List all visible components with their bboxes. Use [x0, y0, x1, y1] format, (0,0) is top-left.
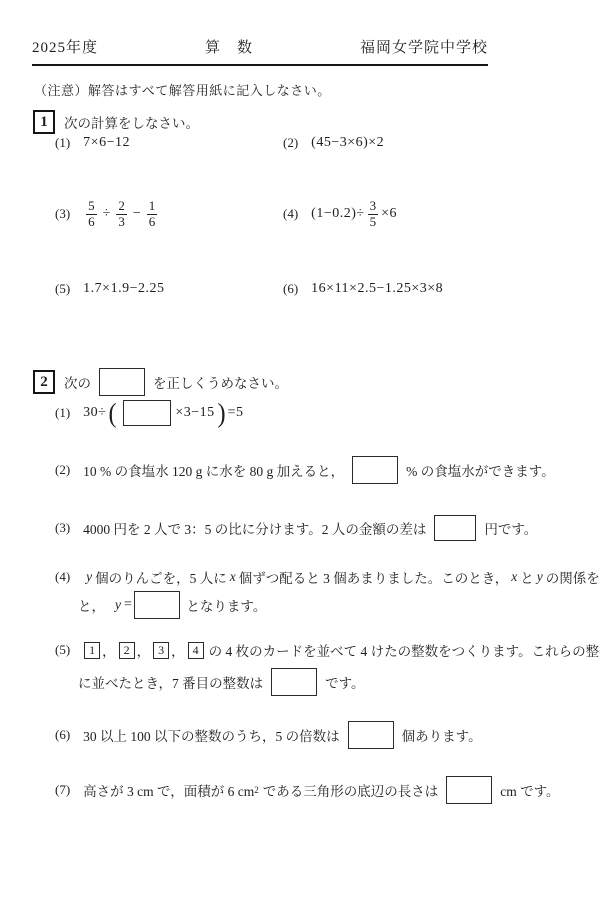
p2-item2: (2) 10 % の食塩水 120 g に水を 80 g 加えると， % の食塩…	[55, 455, 555, 485]
p1-item5-label: (5)	[55, 281, 70, 297]
card-separator: ，	[102, 640, 116, 660]
p1-item3: (3) 5 6 ÷ 2 3 − 1 6	[55, 196, 160, 232]
p1-item4-expression-pre: (1−0.2)÷	[311, 206, 364, 222]
p2-item7-label: (7)	[55, 782, 70, 798]
p2-item1: (1) 30÷ ( ×3−15 ) =5	[55, 396, 244, 430]
p2-item5-line1: (5) 1 ， 2 ， 3 ， 4 の 4 枚のカードを並べて 4 けたの整数を…	[55, 640, 600, 660]
p2-item7-text-pre2: である三角形の底辺の長さは	[263, 780, 439, 800]
p1-item6-label: (6)	[283, 281, 298, 297]
p2-item6-label: (6)	[55, 727, 70, 743]
operator: −	[133, 206, 141, 222]
p2-item5-line2-pre: に並べたとき，7 番目の整数は	[78, 672, 263, 692]
p2-item5-text1: の 4 枚のカードを並べて 4 けたの整数をつくります。これらの整数を小さい順	[209, 640, 600, 660]
exam-year: 2025年度	[32, 36, 98, 57]
p2-item4-text3: と	[520, 567, 534, 587]
p2-item7-text-pre1: 高さが 3 cm で，面積が 6 cm	[83, 780, 254, 800]
variable-y: y	[115, 597, 121, 613]
p2-item2-text-post: % の食塩水ができます。	[406, 460, 555, 480]
problem1-instruction: 次の計算をしなさい。	[64, 112, 199, 132]
fraction: 1 6	[147, 199, 158, 229]
problem2-instruction-pre: 次の	[64, 372, 91, 392]
number-card-3: 3	[153, 642, 169, 659]
p2-item4-text4: の関係を式で表す	[546, 567, 600, 587]
p1-item4-expression-post: ×6	[381, 206, 397, 222]
p2-item1-label: (1)	[55, 405, 70, 421]
answer-box	[434, 515, 476, 541]
fraction: 2 3	[116, 199, 127, 229]
number-card-2: 2	[119, 642, 135, 659]
superscript-2: 2	[254, 785, 259, 795]
p2-item2-label: (2)	[55, 462, 70, 478]
p2-item6: (6) 30 以上 100 以下の整数のうち，5 の倍数は 個あります。	[55, 720, 482, 750]
problem2-instruction-post: を正しくうめなさい。	[153, 372, 288, 392]
p2-item5-line2-post: です。	[325, 672, 364, 692]
p1-item2: (2) (45−3×6)×2	[283, 135, 384, 151]
fraction-numerator: 2	[116, 199, 127, 213]
p2-item6-text-post: 個あります。	[402, 725, 482, 745]
p1-item6-expression: 16×11×2.5−1.25×3×8	[311, 281, 443, 297]
p2-item4-line1: (4) y 個のりんごを，5 人に x 個ずつ配ると 3 個あまりました。このと…	[55, 567, 600, 587]
p2-item1-post: =5	[228, 405, 244, 421]
fraction: 3 5	[368, 199, 379, 229]
p2-item4-line2-post: となります。	[186, 595, 266, 615]
p2-item1-mid: ×3−15	[175, 405, 214, 421]
variable-x: x	[511, 569, 517, 585]
p1-item2-expression: (45−3×6)×2	[311, 135, 384, 151]
p1-item3-label: (3)	[55, 206, 70, 222]
number-card-1: 1	[84, 642, 100, 659]
p1-item6: (6) 16×11×2.5−1.25×3×8	[283, 281, 443, 297]
p1-item1: (1) 7×6−12	[55, 135, 130, 151]
p2-item4-text1: 個のりんごを，5 人に	[95, 567, 227, 587]
answer-box	[271, 668, 317, 696]
p2-item1-pre: 30÷	[83, 405, 106, 421]
number-card-4: 4	[188, 642, 204, 659]
p2-item4-line2: と， y = となります。	[78, 590, 266, 620]
exam-paper-page: 2025年度 算 数 福岡女学院中学校 （注意）解答はすべて解答用紙に記入しなさ…	[0, 0, 600, 900]
fraction: 5 6	[86, 199, 97, 229]
p2-item5-label: (5)	[55, 642, 70, 658]
exam-subject: 算 数	[205, 36, 253, 57]
fraction-denominator: 5	[368, 214, 379, 229]
p2-item3-text-pre: 4000 円を 2 人で 3：5 の比に分けます。2 人の金額の差は	[83, 518, 426, 538]
exam-header: 2025年度 算 数 福岡女学院中学校	[32, 36, 488, 66]
equals-sign: =	[124, 597, 132, 613]
p2-item7-text-post: cm です。	[500, 780, 559, 800]
answer-box	[123, 400, 171, 426]
right-paren: )	[217, 400, 225, 427]
answer-box	[352, 456, 398, 484]
p1-item1-expression: 7×6−12	[83, 135, 130, 151]
p2-item3-label: (3)	[55, 520, 70, 536]
variable-x: x	[230, 569, 236, 585]
fraction-denominator: 6	[86, 214, 97, 229]
answer-box	[134, 591, 180, 619]
fraction-denominator: 3	[116, 214, 127, 229]
p2-item4-text2: 個ずつ配ると 3 個あまりました。このとき，	[239, 567, 508, 587]
p2-item4-label: (4)	[55, 569, 70, 585]
p2-item4-line2-pre: と，	[78, 595, 105, 615]
p1-item4: (4) (1−0.2)÷ 3 5 ×6	[283, 196, 397, 232]
fraction-numerator: 3	[368, 199, 379, 213]
p2-item7: (7) 高さが 3 cm で，面積が 6 cm2 である三角形の底辺の長さは c…	[55, 775, 560, 805]
operator: ÷	[103, 206, 111, 222]
variable-y: y	[537, 569, 543, 585]
fraction-numerator: 5	[86, 199, 97, 213]
problem1-heading: 1 次の計算をしなさい。	[33, 110, 199, 134]
p2-item5-line2: に並べたとき，7 番目の整数は です。	[78, 667, 365, 697]
card-separator: ，	[171, 640, 185, 660]
answer-box	[348, 721, 394, 749]
p1-item5: (5) 1.7×1.9−2.25	[55, 281, 164, 297]
variable-y: y	[86, 569, 92, 585]
problem2-number-box: 2	[33, 370, 55, 394]
left-paren: (	[109, 400, 117, 427]
p2-item3: (3) 4000 円を 2 人で 3：5 の比に分けます。2 人の金額の差は 円…	[55, 513, 537, 543]
card-separator: ，	[137, 640, 151, 660]
notice-line: （注意）解答はすべて解答用紙に記入しなさい。	[34, 80, 331, 99]
fraction-denominator: 6	[147, 214, 158, 229]
p2-item6-text-pre: 30 以上 100 以下の整数のうち，5 の倍数は	[83, 725, 340, 745]
p1-item1-label: (1)	[55, 135, 70, 151]
p1-item4-label: (4)	[283, 206, 298, 222]
answer-box	[99, 368, 145, 396]
problem1-number-box: 1	[33, 110, 55, 134]
fraction-numerator: 1	[147, 199, 158, 213]
p2-item3-text-post: 円です。	[484, 518, 537, 538]
answer-box	[446, 776, 492, 804]
problem2-heading: 2 次の を正しくうめなさい。	[33, 368, 288, 396]
school-name: 福岡女学院中学校	[360, 36, 488, 57]
p1-item5-expression: 1.7×1.9−2.25	[83, 281, 164, 297]
p1-item2-label: (2)	[283, 135, 298, 151]
p2-item2-text-pre: 10 % の食塩水 120 g に水を 80 g 加えると，	[83, 460, 344, 480]
